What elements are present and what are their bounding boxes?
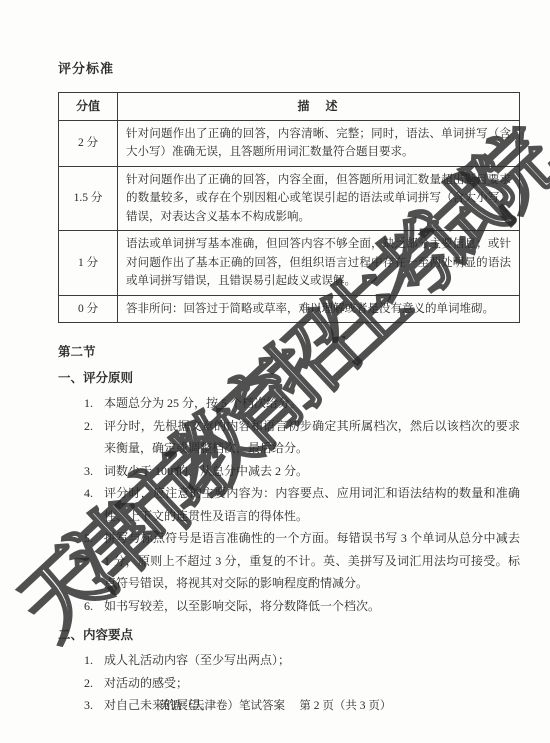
- item-text: 词数少于 100 的，从总分中减去 2 分。: [104, 460, 520, 483]
- item-text: 本题总分为 25 分，按 5 个档次给分。: [104, 392, 520, 415]
- item-number: 2.: [84, 415, 104, 460]
- score-cell: 1.5 分: [59, 166, 118, 231]
- list-item: 6. 如书写较差，以至影响交际，将分数降低一个档次。: [84, 595, 520, 618]
- table-header-row: 分值 描 述: [59, 93, 520, 121]
- rubric-title: 评分标准: [58, 58, 520, 77]
- page-footer: 英语（天津卷）笔试答案 第 2 页（共 3 页）: [0, 697, 550, 713]
- item-number: 3.: [84, 460, 104, 483]
- description-cell: 答非所问：回答过于简略或草率，难以理解或者是没有意义的单词堆砌。: [118, 295, 520, 323]
- scoring-table: 分值 描 述 2 分 针对问题作出了正确的回答，内容清晰、完整；同时，语法、单词…: [58, 92, 520, 323]
- description-column-header: 描 述: [118, 93, 520, 121]
- content-points-heading: 二、内容要点: [58, 625, 520, 643]
- principles-heading: 一、评分原则: [58, 368, 520, 386]
- document-page: 评分标准 分值 描 述 2 分 针对问题作出了正确的回答，内容清晰、完整；同时，…: [0, 0, 550, 743]
- score-cell: 1 分: [59, 231, 118, 296]
- table-row: 1.5 分 针对问题作出了正确的回答，内容全面，但答题所用词汇数量超出题目要求的…: [59, 166, 520, 231]
- item-text: 评分时，应注意的主要内容为：内容要点、应用词汇和语法结构的数量和准确性、上下文的…: [104, 482, 520, 527]
- item-number: 1.: [84, 392, 104, 415]
- section-heading: 第二节: [58, 342, 520, 360]
- list-item: 1. 本题总分为 25 分，按 5 个档次给分。: [84, 392, 520, 415]
- list-item: 5. 拼写与标点符号是语言准确性的一个方面。每错误书写 3 个单词从总分中减去 …: [84, 527, 520, 595]
- item-text: 评分时，先根据文章的内容和语言初步确定其所属档次，然后以该档次的要求来衡量，确定…: [104, 415, 520, 460]
- list-item: 1. 成人礼活动内容（至少写出两点）；: [84, 649, 520, 672]
- score-cell: 2 分: [59, 120, 118, 166]
- item-text: 对活动的感受；: [104, 672, 520, 695]
- item-number: 4.: [84, 482, 104, 527]
- list-item: 2. 对活动的感受；: [84, 672, 520, 695]
- table-row: 1 分 语法或单词拼写基本准确，但回答内容不够全面，缺乏部分主要信息；或针对问题…: [59, 231, 520, 296]
- list-item: 2. 评分时，先根据文章的内容和语言初步确定其所属档次，然后以该档次的要求来衡量…: [84, 415, 520, 460]
- table-row: 2 分 针对问题作出了正确的回答，内容清晰、完整；同时，语法、单词拼写（含大小写…: [59, 120, 520, 166]
- item-text: 如书写较差，以至影响交际，将分数降低一个档次。: [104, 595, 520, 618]
- item-text: 成人礼活动内容（至少写出两点）；: [104, 649, 520, 672]
- score-column-header: 分值: [59, 93, 118, 121]
- item-number: 5.: [84, 527, 104, 595]
- principles-list: 1. 本题总分为 25 分，按 5 个档次给分。 2. 评分时，先根据文章的内容…: [84, 392, 520, 617]
- score-cell: 0 分: [59, 295, 118, 323]
- description-cell: 针对问题作出了正确的回答，内容清晰、完整；同时，语法、单词拼写（含大小写）准确无…: [118, 120, 520, 166]
- item-number: 2.: [84, 672, 104, 695]
- item-text: 拼写与标点符号是语言准确性的一个方面。每错误书写 3 个单词从总分中减去 1 分…: [104, 527, 520, 595]
- description-cell: 针对问题作出了正确的回答，内容全面，但答题所用词汇数量超出题目要求的数量较多，或…: [118, 166, 520, 231]
- description-cell: 语法或单词拼写基本准确，但回答内容不够全面，缺乏部分主要信息；或针对问题作出了基…: [118, 231, 520, 296]
- item-number: 1.: [84, 649, 104, 672]
- item-number: 6.: [84, 595, 104, 618]
- table-row: 0 分 答非所问：回答过于简略或草率，难以理解或者是没有意义的单词堆砌。: [59, 295, 520, 323]
- list-item: 3. 词数少于 100 的，从总分中减去 2 分。: [84, 460, 520, 483]
- list-item: 4. 评分时，应注意的主要内容为：内容要点、应用词汇和语法结构的数量和准确性、上…: [84, 482, 520, 527]
- page-content: 评分标准 分值 描 述 2 分 针对问题作出了正确的回答，内容清晰、完整；同时，…: [58, 58, 520, 717]
